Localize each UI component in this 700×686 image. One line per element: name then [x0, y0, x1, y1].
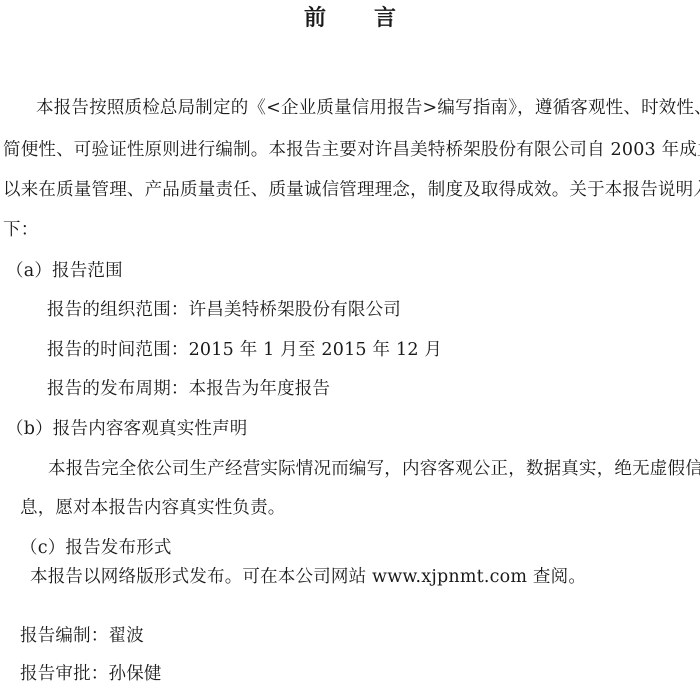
page-title: 前言 [0, 4, 700, 34]
title-char-2: 言 [374, 4, 396, 34]
approved-by: 报告审批：孙保健 [20, 663, 162, 685]
section-c-body: 本报告以网络版形式发布。可在本公司网站 www.xjpnmt.com 查阅。 [30, 566, 586, 588]
org-scope: 报告的组织范围：许昌美特桥架股份有限公司 [47, 299, 401, 321]
intro-line-2: 简便性、可验证性原则进行编制。本报告主要对许昌美特桥架股份有限公司自 2003 … [3, 139, 696, 161]
intro-line-3: 以来在质量管理、产品质量责任、质量诚信管理理念，制度及取得成效。关于本报告说明入 [3, 179, 696, 201]
compiled-by: 报告编制：翟波 [20, 625, 144, 647]
title-char-1: 前 [304, 4, 326, 34]
publish-cycle: 报告的发布周期：本报告为年度报告 [47, 378, 330, 400]
time-scope: 报告的时间范围：2015 年 1 月至 2015 年 12 月 [47, 339, 442, 361]
section-b-line-1: 本报告完全依公司生产经营实际情况而编写，内容客观公正，数据真实，绝无虚假信 [48, 458, 696, 480]
intro-line-4: 下： [3, 219, 38, 241]
section-c-heading: （c）报告发布形式 [20, 537, 172, 559]
intro-line-1: 本报告按照质检总局制定的《<企业质量信用报告>编写指南》，遵循客观性、时效性、 [36, 97, 696, 119]
section-b-line-2: 息，愿对本报告内容真实性负责。 [20, 497, 286, 519]
section-b-heading: （b）报告内容客观真实性声明 [6, 418, 248, 440]
section-a-heading: （a）报告范围 [6, 260, 123, 282]
